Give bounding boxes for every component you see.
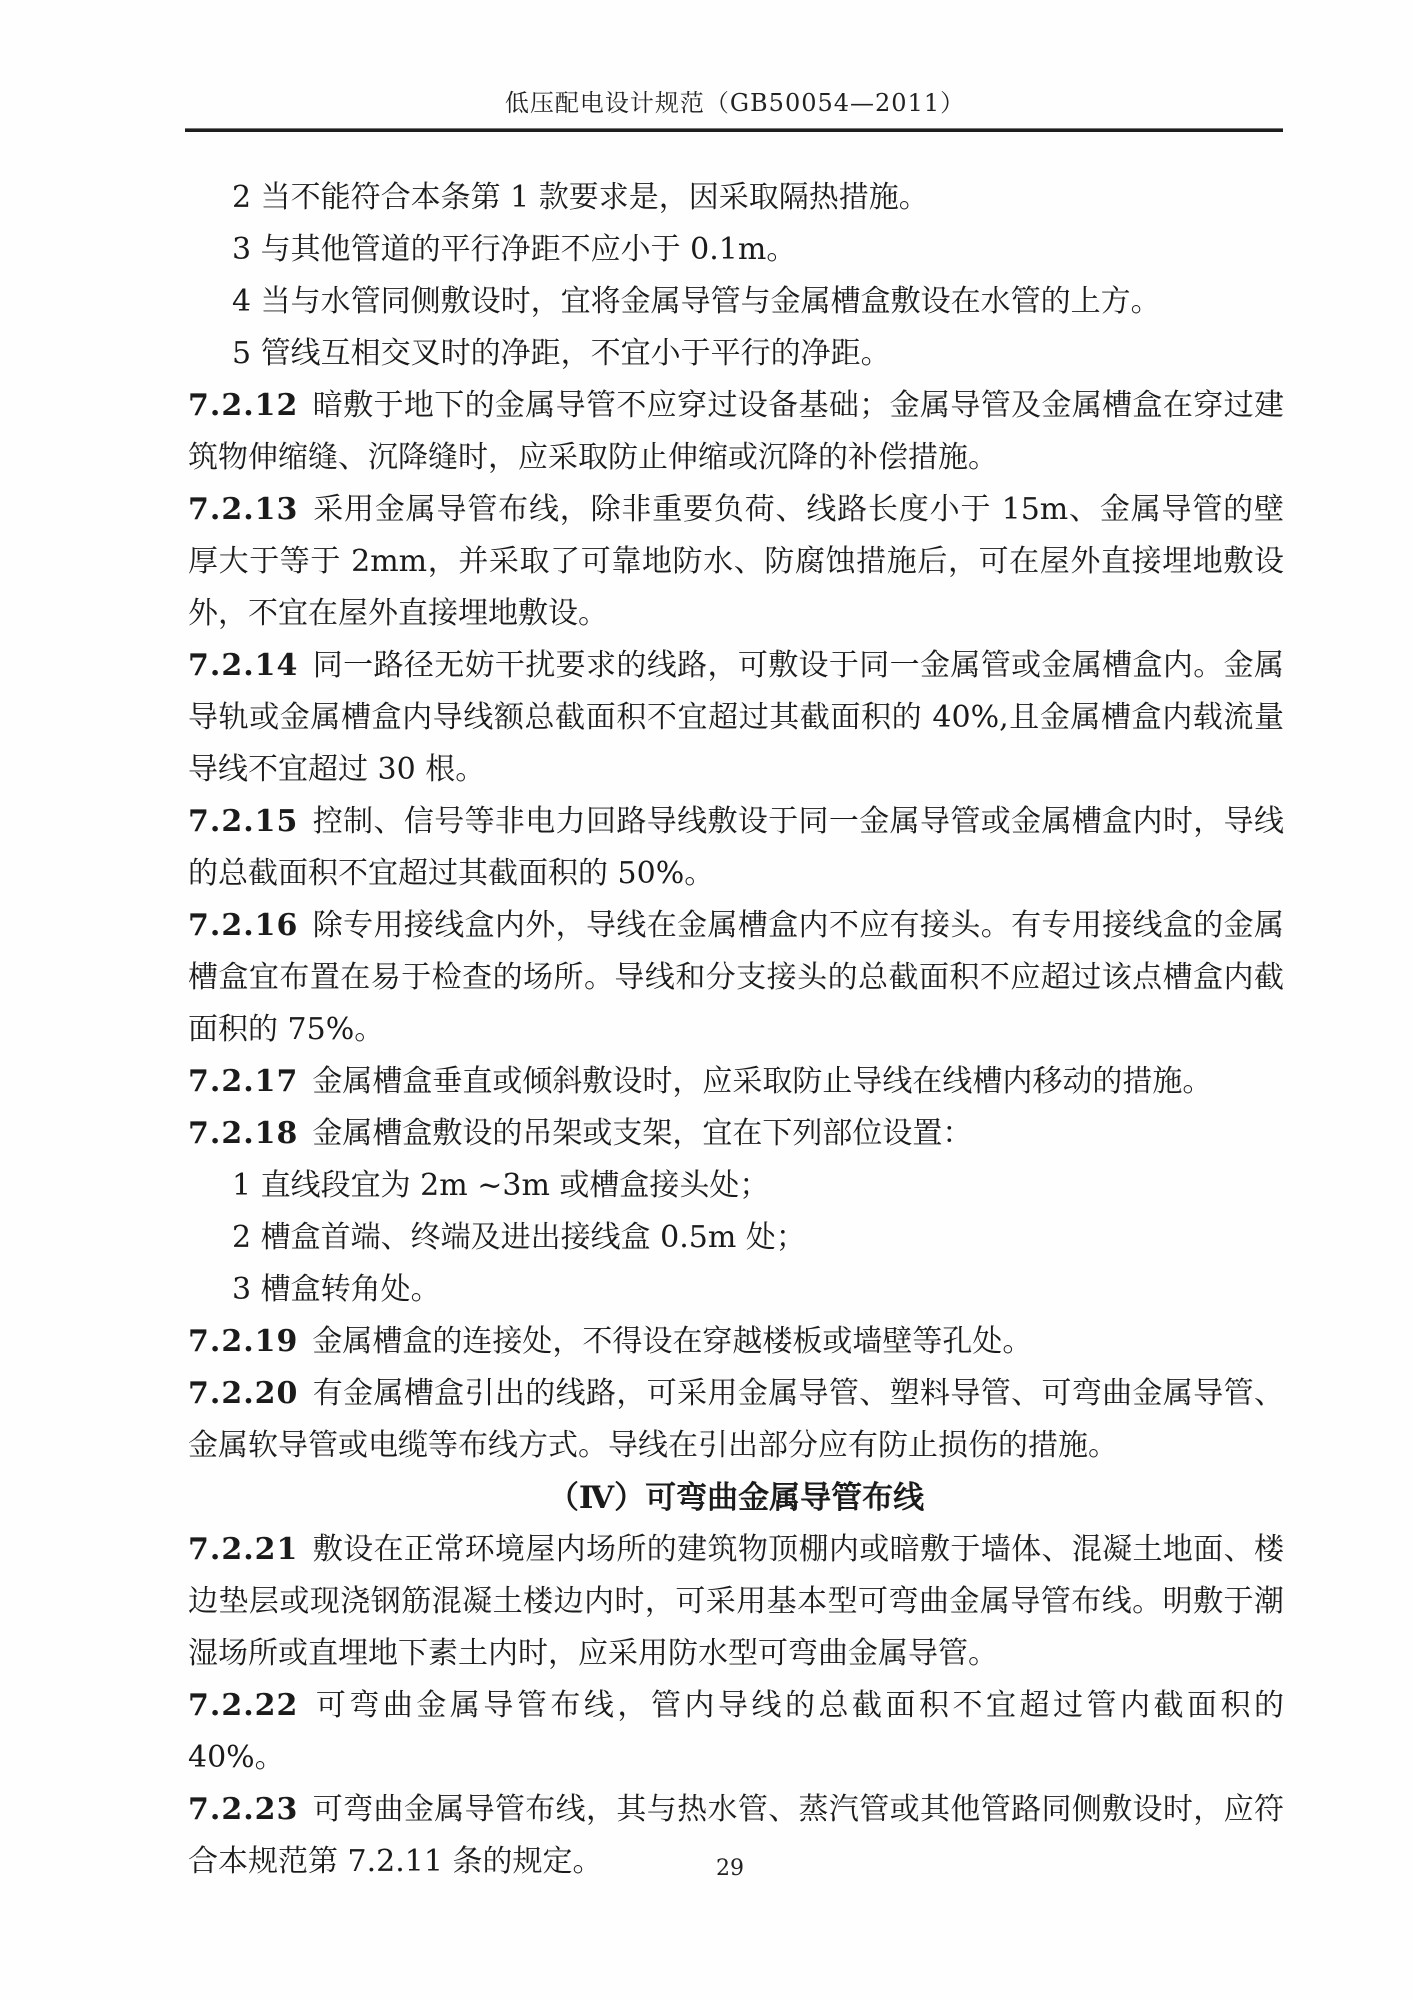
list-item-text: 3 与其他管道的平行净距不应小于 0.1m。 [232,232,796,267]
list-item: 3 槽盒转角处。 [188,1264,1284,1316]
list-item-text: 3 槽盒转角处。 [232,1272,441,1307]
running-header-title: 低压配电设计规范（GB50054—2011） [186,88,1284,118]
clause-text: 暗敷于地下的金属导管不应穿过设备基础；金属导管及金属槽盒在穿过建筑物伸缩缝、沉降… [188,388,1284,475]
clause-text: 金属槽盒敷设的吊架或支架，宜在下列部位设置： [312,1116,972,1151]
list-item-text: 5 管线互相交叉时的净距，不宜小于平行的净距。 [232,336,891,371]
clause-text: 金属槽盒垂直或倾斜敷设时，应采取防止导线在线槽内移动的措施。 [312,1064,1212,1099]
clause-paragraph: 7.2.15控制、信号等非电力回路导线敷设于同一金属导管或金属槽盒内时，导线的总… [188,796,1284,900]
clause-number: 7.2.20 [188,1376,298,1411]
section-heading: （Ⅳ）可弯曲金属导管布线 [188,1472,1284,1524]
clause-number: 7.2.15 [188,804,298,839]
clause-number: 7.2.22 [188,1688,298,1723]
clause-number: 7.2.23 [188,1792,298,1827]
list-item: 5 管线互相交叉时的净距，不宜小于平行的净距。 [188,328,1284,380]
clause-text: 控制、信号等非电力回路导线敷设于同一金属导管或金属槽盒内时，导线的总截面积不宜超… [188,804,1284,891]
clause-paragraph: 7.2.22可弯曲金属导管布线，管内导线的总截面积不宜超过管内截面积的 40%。 [188,1680,1284,1784]
list-item: 1 直线段宜为 2m ~3m 或槽盒接头处； [188,1160,1284,1212]
clause-text: 可弯曲金属导管布线，管内导线的总截面积不宜超过管内截面积的 40%。 [188,1688,1284,1775]
page-number: 29 [0,1856,1414,1881]
clause-paragraph: 7.2.13采用金属导管布线，除非重要负荷、线路长度小于 15m、金属导管的壁厚… [188,484,1284,640]
clause-text: 同一路径无妨干扰要求的线路，可敷设于同一金属管或金属槽盒内。金属导轨或金属槽盒内… [188,648,1284,787]
clause-text: 有金属槽盒引出的线路，可采用金属导管、塑料导管、可弯曲金属导管、金属软导管或电缆… [188,1376,1284,1463]
clause-number: 7.2.17 [188,1064,298,1099]
list-item-text: 2 当不能符合本条第 1 款要求是，因采取隔热措施。 [232,180,929,215]
list-item: 2 当不能符合本条第 1 款要求是，因采取隔热措施。 [188,172,1284,224]
clause-paragraph: 7.2.18金属槽盒敷设的吊架或支架，宜在下列部位设置： [188,1108,1284,1160]
clause-text: 敷设在正常环境屋内场所的建筑物顶棚内或暗敷于墙体、混凝土地面、楼边垫层或现浇钢筋… [188,1532,1284,1671]
clause-paragraph: 7.2.20有金属槽盒引出的线路，可采用金属导管、塑料导管、可弯曲金属导管、金属… [188,1368,1284,1472]
list-item: 2 槽盒首端、终端及进出接线盒 0.5m 处； [188,1212,1284,1264]
clause-paragraph: 7.2.14同一路径无妨干扰要求的线路，可敷设于同一金属管或金属槽盒内。金属导轨… [188,640,1284,796]
clause-number: 7.2.14 [188,648,298,683]
clause-text: 除专用接线盒内外，导线在金属槽盒内不应有接头。有专用接线盒的金属槽盒宜布置在易于… [188,908,1284,1047]
list-item: 4 当与水管同侧敷设时，宜将金属导管与金属槽盒敷设在水管的上方。 [188,276,1284,328]
clause-number: 7.2.21 [188,1532,298,1567]
clause-number: 7.2.16 [188,908,298,943]
list-item: 3 与其他管道的平行净距不应小于 0.1m。 [188,224,1284,276]
clause-paragraph: 7.2.12暗敷于地下的金属导管不应穿过设备基础；金属导管及金属槽盒在穿过建筑物… [188,380,1284,484]
document-page: 低压配电设计规范（GB50054—2011） 2 当不能符合本条第 1 款要求是… [0,0,1414,2000]
header-rule [185,128,1283,132]
clause-text: 金属槽盒的连接处，不得设在穿越楼板或墙壁等孔处。 [312,1324,1032,1359]
clause-number: 7.2.18 [188,1116,298,1151]
list-item-text: 4 当与水管同侧敷设时，宜将金属导管与金属槽盒敷设在水管的上方。 [232,284,1161,319]
list-item-text: 1 直线段宜为 2m ~3m 或槽盒接头处； [232,1168,769,1203]
clause-paragraph: 7.2.16除专用接线盒内外，导线在金属槽盒内不应有接头。有专用接线盒的金属槽盒… [188,900,1284,1056]
clause-text: 采用金属导管布线，除非重要负荷、线路长度小于 15m、金属导管的壁厚大于等于 2… [188,492,1284,631]
clause-paragraph: 7.2.21敷设在正常环境屋内场所的建筑物顶棚内或暗敷于墙体、混凝土地面、楼边垫… [188,1524,1284,1680]
list-item-text: 2 槽盒首端、终端及进出接线盒 0.5m 处； [232,1220,806,1255]
clause-number: 7.2.13 [188,492,298,527]
clause-paragraph: 7.2.17金属槽盒垂直或倾斜敷设时，应采取防止导线在线槽内移动的措施。 [188,1056,1284,1108]
clause-number: 7.2.12 [188,388,298,423]
clause-paragraph: 7.2.19金属槽盒的连接处，不得设在穿越楼板或墙壁等孔处。 [188,1316,1284,1368]
document-body: 2 当不能符合本条第 1 款要求是，因采取隔热措施。 3 与其他管道的平行净距不… [188,172,1284,1888]
clause-number: 7.2.19 [188,1324,298,1359]
